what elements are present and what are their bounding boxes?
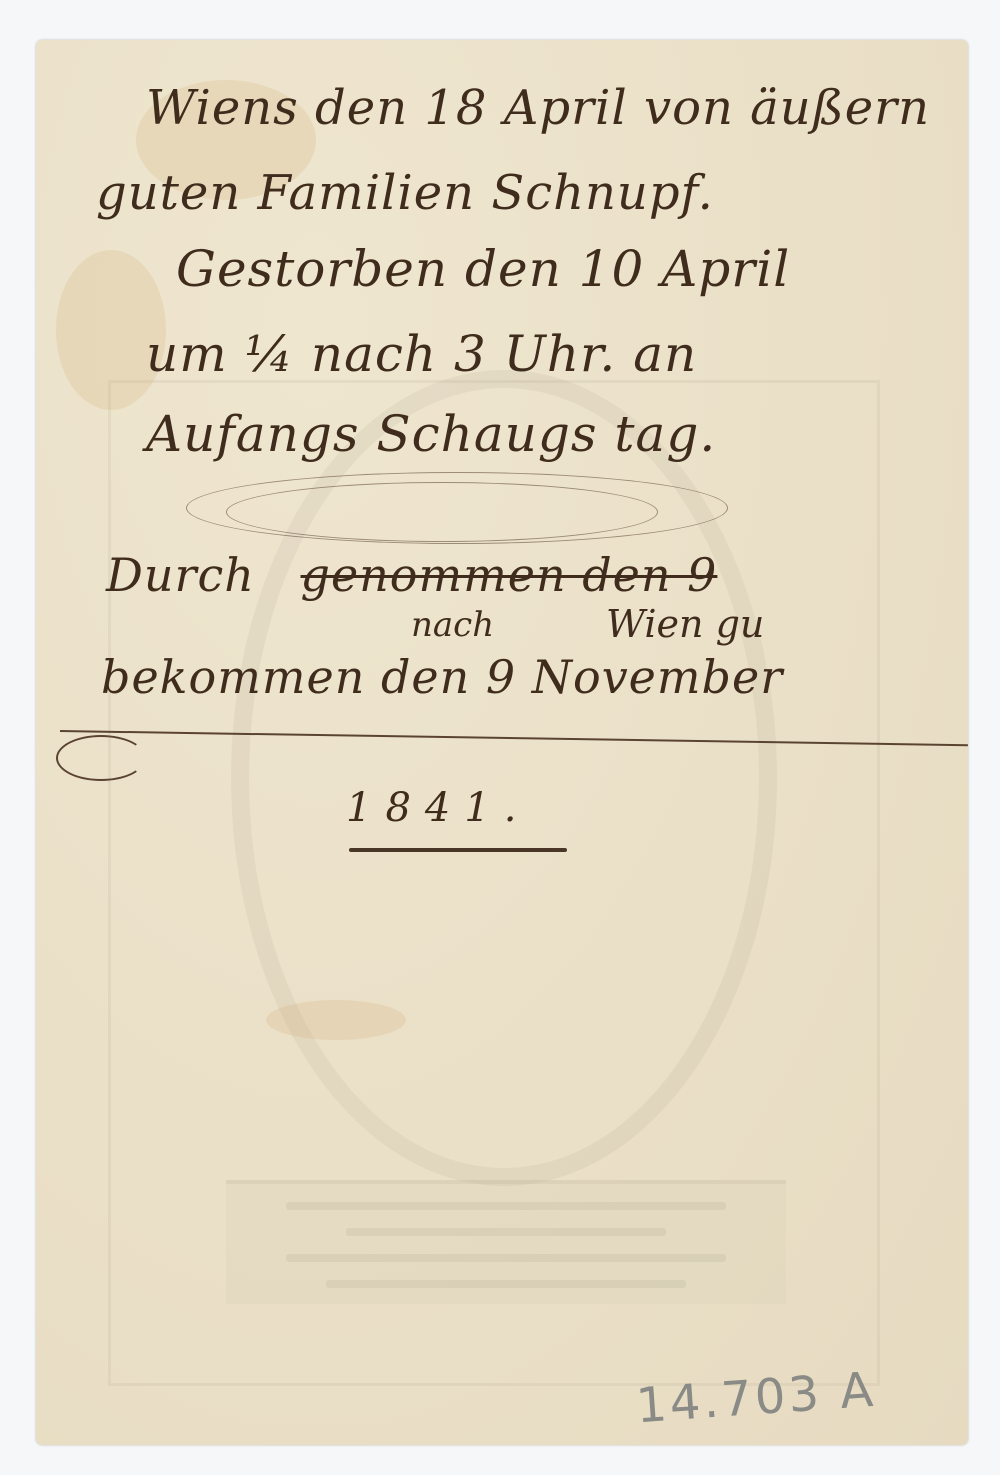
- handwriting-line-4: um ¼ nach 3 Uhr. an: [146, 325, 697, 383]
- divider-flourish: [56, 735, 146, 781]
- handwriting-line-3: Gestorben den 10 April: [176, 240, 790, 298]
- inserted-word: nach: [411, 605, 494, 645]
- year-underline: [349, 848, 567, 852]
- year: 1841.: [346, 785, 531, 831]
- handwriting-line-7: bekommen den 9 November: [101, 650, 783, 704]
- handwriting-line-1: Wiens den 18 April von äußern: [146, 80, 930, 136]
- bleed-through-caption: [226, 1180, 786, 1304]
- document-card: Wiens den 18 April von äußern guten Fami…: [36, 40, 968, 1445]
- struck-text: genommen den 9: [301, 548, 718, 602]
- handwriting-line-2: guten Familien Schnupf.: [96, 165, 714, 221]
- line-prefix: Durch: [106, 548, 255, 602]
- handwriting-line-6: Durch genommen den 9: [106, 548, 717, 602]
- stain: [266, 1000, 406, 1040]
- flourish-oval-inner: [226, 482, 658, 542]
- inserted-right: Wien gu: [606, 602, 764, 646]
- handwriting-line-5: Aufangs Schaugs tag.: [146, 405, 716, 463]
